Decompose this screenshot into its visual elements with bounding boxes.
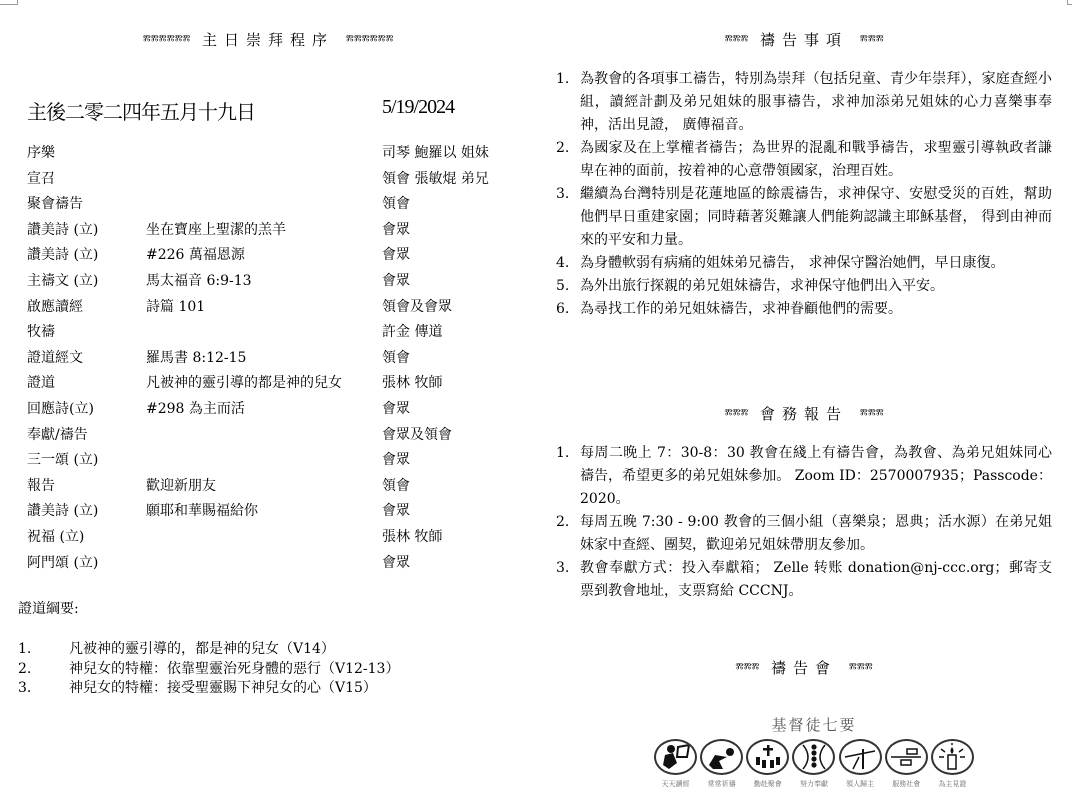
program-leader: 會眾 bbox=[382, 553, 410, 573]
program-leader: 領會 張敏焜 弟兄 bbox=[382, 169, 489, 189]
program-row: 主禱文 (立)馬太福音 6:9-13會眾 bbox=[27, 271, 507, 297]
program-content: 凡被神的靈引導的都是神的兒女 bbox=[146, 373, 342, 393]
program-content: 馬太福音 6:9-13 bbox=[146, 271, 252, 291]
ornament-icon: ⰿⰿⰿ bbox=[724, 33, 748, 46]
program-row: 報告歡迎新朋友領會 bbox=[27, 476, 507, 502]
program-leader: 會眾及領會 bbox=[382, 425, 452, 445]
worship-program-header: ⰿⰿⰿⰿⰿⰿ 主日崇拜程序 ⰿⰿⰿⰿⰿⰿ bbox=[0, 29, 536, 50]
program-row: 聚會禱告領會 bbox=[27, 194, 507, 220]
ornament-icon: ⰿⰿⰿ bbox=[735, 661, 759, 674]
outline-item: 3.神兒女的特權：接受聖靈賜下神兒女的心（V15） bbox=[18, 679, 518, 699]
prayer-item: 2.為國家及在上掌權者禱告；為世界的混亂和戰爭禱告，求聖靈引導執政者謙卑在神的面… bbox=[556, 137, 1052, 183]
outline-item: 1.凡被神的靈引導的，都是神的兒女（V14） bbox=[18, 640, 518, 660]
program-row: 讚美詩 (立)#226 萬福恩源會眾 bbox=[27, 245, 507, 271]
program-leader: 司琴 鮑羅以 姐妹 bbox=[382, 143, 489, 163]
ornament-icon: ⰿⰿⰿ bbox=[860, 407, 884, 420]
essential-offering: 努力奉獻 bbox=[791, 739, 836, 789]
program-row: 宣召領會 張敏焜 弟兄 bbox=[27, 169, 507, 195]
candle-light-icon bbox=[931, 739, 974, 775]
program-leader: 張林 牧師 bbox=[382, 527, 442, 547]
serving-hands-icon bbox=[885, 739, 928, 775]
prayer-item: 6.為尋找工作的弟兄姐妹禱告，求神眷顧他們的需要。 bbox=[556, 298, 1052, 321]
program-content: 羅馬書 8:12-15 bbox=[146, 348, 246, 368]
prayer-items-title: 禱告事項 bbox=[760, 31, 848, 49]
program-table: 序樂司琴 鮑羅以 姐妹 宣召領會 張敏焜 弟兄 聚會禱告領會 讚美詩 (立)坐在… bbox=[27, 143, 507, 578]
program-leader: 會眾 bbox=[382, 450, 410, 470]
program-item: 聚會禱告 bbox=[27, 194, 83, 214]
prayer-meeting-title: 禱告會 bbox=[771, 659, 837, 677]
sermon-outline: 1.凡被神的靈引導的，都是神的兒女（V14） 2.神兒女的特權：依靠聖靈治死身體… bbox=[18, 640, 518, 699]
program-content: 願耶和華賜福給你 bbox=[146, 501, 258, 521]
prayer-item: 1.為教會的各項事工禱告，特別為崇拜（包括兒童、青少年崇拜），家庭查經小組，讀經… bbox=[556, 68, 1052, 137]
program-leader: 許金 傳道 bbox=[382, 322, 442, 342]
program-item: 讚美詩 (立) bbox=[27, 501, 98, 521]
essential-evangelism: 領人歸主 bbox=[838, 739, 883, 789]
ornament-icon: ⰿⰿⰿ bbox=[724, 407, 748, 420]
worship-program-title: 主日崇拜程序 bbox=[202, 31, 334, 49]
ornament-icon: ⰿⰿⰿⰿⰿⰿ bbox=[346, 33, 393, 46]
news-item: 2.每周五晚 7:30 - 9:00 教會的三個小組（喜樂泉；恩典；活水源）在弟… bbox=[556, 511, 1052, 557]
program-item: 證道 bbox=[27, 373, 55, 393]
program-leader: 領會 bbox=[382, 348, 410, 368]
program-item: 序樂 bbox=[27, 143, 55, 163]
program-item: 回應詩(立) bbox=[27, 399, 94, 419]
prayer-items-list: 1.為教會的各項事工禱告，特別為崇拜（包括兒童、青少年崇拜），家庭查經小組，讀經… bbox=[556, 68, 1052, 321]
essential-witness: 為主見證 bbox=[930, 739, 975, 789]
essential-gathering: 勤赴聚會 bbox=[745, 739, 790, 789]
program-content: #298 為主而活 bbox=[146, 399, 245, 419]
program-content: 歡迎新朋友 bbox=[146, 476, 216, 496]
program-item: 啟應讀經 bbox=[27, 297, 83, 317]
date-chinese: 主後二零二四年五月十九日 bbox=[27, 96, 255, 125]
program-row: 阿門頌 (立)會眾 bbox=[27, 553, 507, 579]
program-row: 證道凡被神的靈引導的都是神的兒女張林 牧師 bbox=[27, 373, 507, 399]
essential-service: 服務社會 bbox=[884, 739, 929, 789]
news-item: 1.每周二晚上 7：30-8：30 教會在綫上有禱告會，為教會、為弟兄姐妹同心禱… bbox=[556, 442, 1052, 511]
date-numeric: 5/19/2024 bbox=[382, 96, 454, 119]
service-date: 主後二零二四年五月十九日 5/19/2024 bbox=[27, 96, 507, 120]
kneeling-prayer-icon bbox=[700, 739, 743, 775]
program-item: 祝福 (立) bbox=[27, 527, 84, 547]
program-row: 奉獻/禱告會眾及領會 bbox=[27, 425, 507, 451]
program-item: 報告 bbox=[27, 476, 55, 496]
program-leader: 會眾 bbox=[382, 245, 410, 265]
program-leader: 張林 牧師 bbox=[382, 373, 442, 393]
seven-essentials-title: 基督徒七要 bbox=[653, 714, 975, 735]
program-item: 牧禱 bbox=[27, 322, 55, 342]
program-leader: 領會及會眾 bbox=[382, 297, 452, 317]
news-item: 3.教會奉獻方式：投入奉獻箱； Zelle 转账 donation@nj-ccc… bbox=[556, 557, 1052, 603]
ornament-icon: ⰿⰿⰿⰿⰿⰿ bbox=[143, 33, 190, 46]
program-row: 祝福 (立)張林 牧師 bbox=[27, 527, 507, 553]
prayer-item: 5.為外出旅行探親的弟兄姐妹禱告，求神保守他們出入平安。 bbox=[556, 275, 1052, 298]
program-leader: 會眾 bbox=[382, 271, 410, 291]
program-row: 讚美詩 (立)願耶和華賜福給你會眾 bbox=[27, 501, 507, 527]
program-row: 回應詩(立)#298 為主而活會眾 bbox=[27, 399, 507, 425]
cross-evangelism-icon bbox=[839, 739, 882, 775]
worship-program-page: ⰿⰿⰿⰿⰿⰿ 主日崇拜程序 ⰿⰿⰿⰿⰿⰿ 主後二零二四年五月十九日 5/19/2… bbox=[0, 0, 536, 789]
prayer-meeting-header: ⰿⰿⰿ 禱告會 ⰿⰿⰿ bbox=[536, 657, 1072, 678]
church-news-list: 1.每周二晚上 7：30-8：30 教會在綫上有禱告會，為教會、為弟兄姐妹同心禱… bbox=[556, 442, 1052, 603]
program-item: 奉獻/禱告 bbox=[27, 425, 88, 445]
program-leader: 領會 bbox=[382, 476, 410, 496]
church-news-header: ⰿⰿⰿ 會務報告 ⰿⰿⰿ bbox=[536, 403, 1072, 424]
program-leader: 會眾 bbox=[382, 501, 410, 521]
program-leader: 會眾 bbox=[382, 399, 410, 419]
congregation-cross-icon bbox=[746, 739, 789, 775]
essential-reading: 天天讀經 bbox=[653, 739, 698, 789]
program-content: #226 萬福恩源 bbox=[146, 245, 245, 265]
program-item: 三一頌 (立) bbox=[27, 450, 98, 470]
outline-item: 2.神兒女的特權：依靠聖靈治死身體的惡行（V12-13） bbox=[18, 660, 518, 680]
reading-bible-icon bbox=[654, 739, 697, 775]
program-item: 主禱文 (立) bbox=[27, 271, 98, 291]
program-row: 三一頌 (立)會眾 bbox=[27, 450, 507, 476]
program-item: 宣召 bbox=[27, 169, 55, 189]
program-item: 證道經文 bbox=[27, 348, 83, 368]
prayer-item: 3.繼續為台灣特別是花蓮地區的餘震禱告，求神保守、安慰受災的百姓，幫助他們早日重… bbox=[556, 183, 1052, 252]
church-news-title: 會務報告 bbox=[760, 405, 848, 423]
program-row: 證道經文羅馬書 8:12-15領會 bbox=[27, 348, 507, 374]
program-content: 詩篇 101 bbox=[146, 297, 205, 317]
sermon-outline-title: 證道綱要: bbox=[18, 598, 79, 618]
program-row: 牧禱許金 傳道 bbox=[27, 322, 507, 348]
prayer-items-header: ⰿⰿⰿ 禱告事項 ⰿⰿⰿ bbox=[536, 29, 1072, 50]
program-item: 阿門頌 (立) bbox=[27, 553, 98, 573]
program-content: 坐在寶座上聖潔的羔羊 bbox=[146, 220, 286, 240]
program-leader: 會眾 bbox=[382, 220, 410, 240]
seven-essentials-graphic: 基督徒七要 天天讀經 常常祈禱 勤赴聚會 努力奉獻 bbox=[653, 714, 975, 789]
program-row: 啟應讀經詩篇 101領會及會眾 bbox=[27, 297, 507, 323]
program-item: 讚美詩 (立) bbox=[27, 220, 98, 240]
ornament-icon: ⰿⰿⰿ bbox=[849, 661, 873, 674]
prayer-item: 4.為身體軟弱有病痛的姐妹弟兄禱告， 求神保守醫治她們，早日康復。 bbox=[556, 252, 1052, 275]
program-leader: 領會 bbox=[382, 194, 410, 214]
offering-fish-icon bbox=[792, 739, 835, 775]
ornament-icon: ⰿⰿⰿ bbox=[860, 33, 884, 46]
program-row: 讚美詩 (立)坐在寶座上聖潔的羔羊會眾 bbox=[27, 220, 507, 246]
program-item: 讚美詩 (立) bbox=[27, 245, 98, 265]
essential-prayer: 常常祈禱 bbox=[699, 739, 744, 789]
program-row: 序樂司琴 鮑羅以 姐妹 bbox=[27, 143, 507, 169]
